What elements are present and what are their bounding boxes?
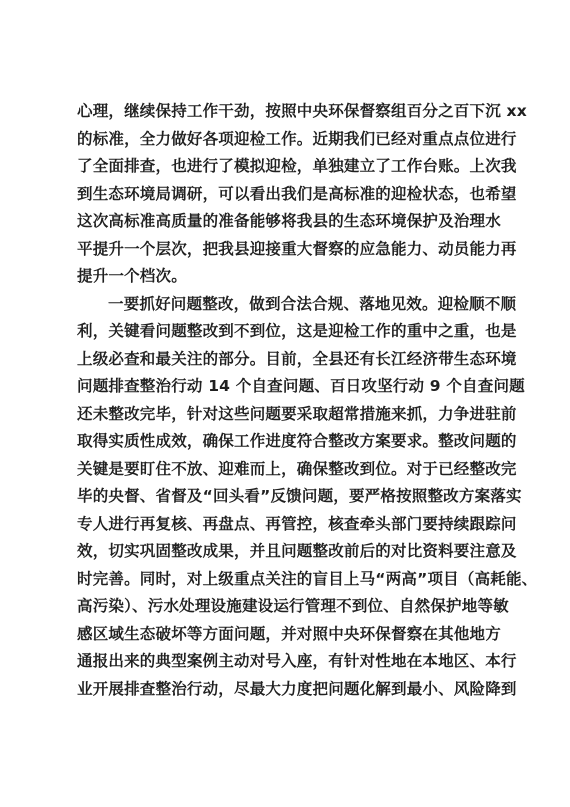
text-line: 业开展排查整治行动，尽最大力度把问题化解到最小、风险降到	[77, 676, 494, 704]
text-line: 毕的央督、省督及“回头看”反馈问题，要严格按照整改方案落实	[77, 483, 494, 511]
text-line: 平提升一个层次，把我县迎接重大督察的应急能力、动员能力再	[77, 236, 494, 264]
document-page: 心理，继续保持工作干劲，按照中央环保督察组百分之百下沉 xx的标准，全力做好各项…	[0, 0, 570, 807]
text-line: 利，关键看问题整改到不到位，这是迎检工作的重中之重，也是	[77, 318, 494, 346]
text-line: 高污染）、污水处理设施建设运行管理不到位、自然保护地等敏	[77, 593, 494, 621]
text-line: 上级必查和最关注的部分。目前，全县还有长江经济带生态环境	[77, 346, 494, 374]
text-line: 到生态环境局调研，可以看出我们是高标准的迎检状态，也希望	[77, 181, 494, 209]
text-line: 感区域生态破坏等方面问题，并对照中央环保督察在其他地方	[77, 621, 494, 649]
text-line: 心理，继续保持工作干劲，按照中央环保督察组百分之百下沉 xx	[77, 98, 494, 126]
text-line: 一要抓好问题整改，做到合法合规、落地见效。迎检顺不顺	[77, 291, 494, 319]
text-line: 时完善。同时，对上级重点关注的盲目上马“两高”项目（高耗能、	[77, 566, 494, 594]
text-line: 提升一个档次。	[77, 263, 494, 291]
text-line: 通报出来的典型案例主动对号入座，有针对性地在本地区、本行	[77, 648, 494, 676]
text-line: 的标准，全力做好各项迎检工作。近期我们已经对重点点位进行	[77, 126, 494, 154]
text-line: 取得实质性成效，确保工作进度符合整改方案要求。整改问题的	[77, 428, 494, 456]
text-line: 了全面排查，也进行了模拟迎检，单独建立了工作台账。上次我	[77, 153, 494, 181]
text-line: 还未整改完毕，针对这些问题要采取超常措施来抓，力争进驻前	[77, 401, 494, 429]
text-line: 专人进行再复核、再盘点、再管控，核查牵头部门要持续跟踪问	[77, 511, 494, 539]
text-line: 这次高标准高质量的准备能够将我县的生态环境保护及治理水	[77, 208, 494, 236]
document-body: 心理，继续保持工作干劲，按照中央环保督察组百分之百下沉 xx的标准，全力做好各项…	[77, 98, 494, 703]
text-line: 关键是要盯住不放、迎难而上，确保整改到位。对于已经整改完	[77, 456, 494, 484]
text-line: 问题排查整治行动 14 个自查问题、百日攻坚行动 9 个自查问题	[77, 373, 494, 401]
text-line: 效，切实巩固整改成果，并且问题整改前后的对比资料要注意及	[77, 538, 494, 566]
